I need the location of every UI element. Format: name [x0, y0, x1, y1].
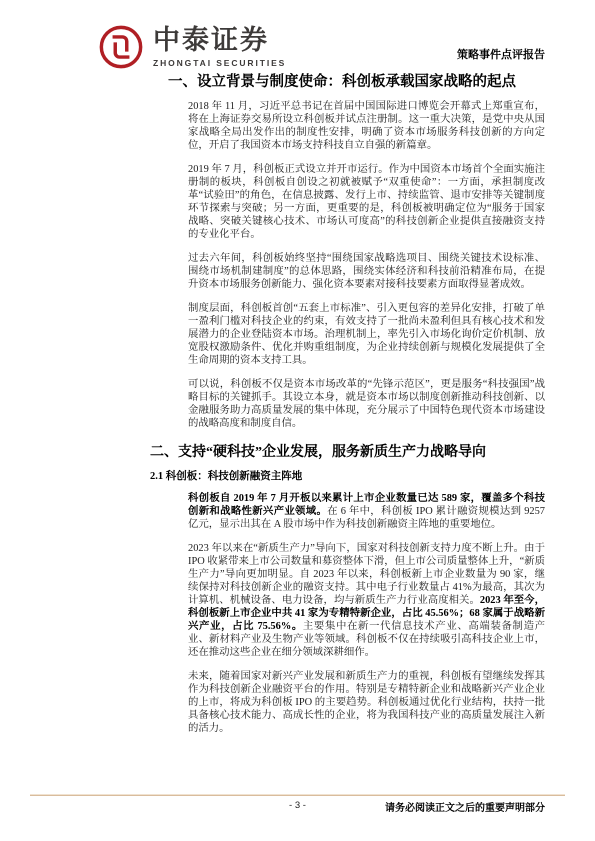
paragraph-8: 未来，随着国家对新兴产业发展和新质生产力的重视，科创板有望继续发挥其作为科技创新… — [188, 670, 545, 735]
footer-disclaimer: 请务必阅读正文之后的重要声明部分 — [385, 799, 545, 814]
brand-name-cn: 中泰证券 — [153, 27, 286, 54]
page-header: 中泰证券 ZHONGTAI SECURITIES 策略事件点评报告 — [98, 24, 545, 70]
report-page: 中泰证券 ZHONGTAI SECURITIES 策略事件点评报告 一、设立背景… — [0, 0, 595, 841]
section-2-heading: 二、支持“硬科技”企业发展，服务新质生产力战略导向 — [150, 441, 545, 461]
subsection-2-1-heading: 2.1 科创板：科技创新融资主阵地 — [150, 468, 545, 483]
brand-logo: 中泰证券 ZHONGTAI SECURITIES — [98, 24, 286, 70]
paragraph-2: 2019 年 7 月，科创板正式设立并开市运行。作为中国资本市场首个全面实施注册… — [188, 163, 545, 241]
report-type-label: 策略事件点评报告 — [457, 46, 545, 70]
brand-name-en: ZHONGTAI SECURITIES — [153, 58, 286, 68]
paragraph-1: 2018 年 11 月，习近平总书记在首届中国国际进口博览会开幕式上郑重宣布，将… — [188, 100, 545, 152]
brand-text: 中泰证券 ZHONGTAI SECURITIES — [153, 27, 286, 68]
paragraph-3: 过去六年间，科创板始终坚持“围绕国家战略选项目、围绕关键技术设标准、围绕市场机制… — [188, 252, 545, 291]
section-1-heading: 一、设立背景与制度使命：科创板承载国家战略的起点 — [168, 70, 545, 91]
paragraph-4: 制度层面，科创板首创“五套上市标准”、引入更包容的差异化安排，打破了单一盈利门槛… — [188, 302, 545, 367]
report-body: 一、设立背景与制度使命：科创板承载国家战略的起点 2018 年 11 月，习近平… — [150, 70, 545, 746]
zhongtai-knot-icon — [98, 24, 144, 70]
footer-rule — [30, 794, 565, 796]
paragraph-6: 科创板自 2019 年 7 月开板以来累计上市企业数量已达 589 家，覆盖多个… — [188, 492, 545, 531]
paragraph-7: 2023 年以来在“新质生产力”导向下，国家对科技创新支持力度不断上升。由于 I… — [188, 542, 545, 659]
paragraph-5: 可以说，科创板不仅是资本市场改革的“先锋示范区”，更是服务“科技强国”战略目标的… — [188, 378, 545, 430]
